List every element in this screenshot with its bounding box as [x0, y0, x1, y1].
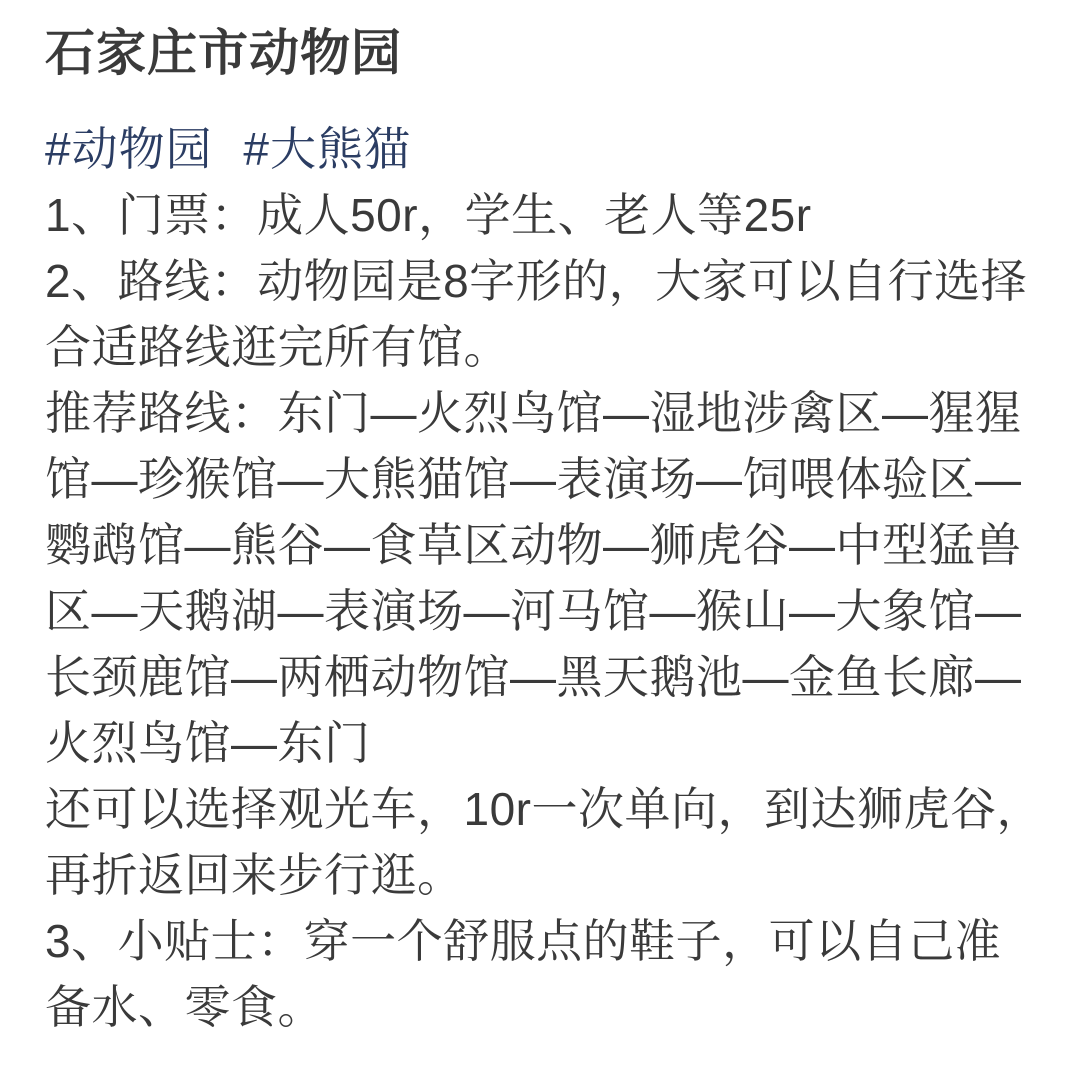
body-line-tips-1: 3、小贴士：穿一个舒服点的鞋子，可以自己准 — [45, 908, 1039, 974]
body-line-route-4: 区—天鹅湖—表演场—河马馆—猴山—大象馆— — [45, 578, 1039, 644]
hashtag-panda[interactable]: #大熊猫 — [243, 123, 411, 175]
hashtag-zoo[interactable]: #动物园 — [45, 123, 213, 175]
body-line-route-1: 推荐路线：东门—火烈鸟馆—湿地涉禽区—猩猩 — [45, 380, 1039, 446]
note-body: 1、门票：成人50r，学生、老人等25r 2、路线：动物园是8字形的，大家可以自… — [45, 182, 1039, 1040]
body-line-sightseeing-2: 再折返回来步行逛。 — [45, 842, 1039, 908]
body-line-route-intro-2: 合适路线逛完所有馆。 — [45, 314, 1039, 380]
body-line-route-intro: 2、路线：动物园是8字形的，大家可以自行选择 — [45, 248, 1039, 314]
body-line-route-3: 鹦鹉馆—熊谷—食草区动物—狮虎谷—中型猛兽 — [45, 512, 1039, 578]
body-line-route-6: 火烈鸟馆—东门 — [45, 710, 1039, 776]
note-page: 石家庄市动物园 #动物园 #大熊猫 1、门票：成人50r，学生、老人等25r 2… — [0, 0, 1075, 1069]
body-line-sightseeing-1: 还可以选择观光车，10r一次单向，到达狮虎谷， — [45, 776, 1039, 842]
body-line-route-2: 馆—珍猴馆—大熊猫馆—表演场—饲喂体验区— — [45, 446, 1039, 512]
hashtag-row: #动物园 #大熊猫 — [45, 116, 1039, 182]
body-line-tickets: 1、门票：成人50r，学生、老人等25r — [45, 182, 1039, 248]
body-line-route-5: 长颈鹿馆—两栖动物馆—黑天鹅池—金鱼长廊— — [45, 644, 1039, 710]
body-line-tips-2: 备水、零食。 — [45, 974, 1039, 1040]
page-title: 石家庄市动物园 — [45, 22, 1039, 84]
